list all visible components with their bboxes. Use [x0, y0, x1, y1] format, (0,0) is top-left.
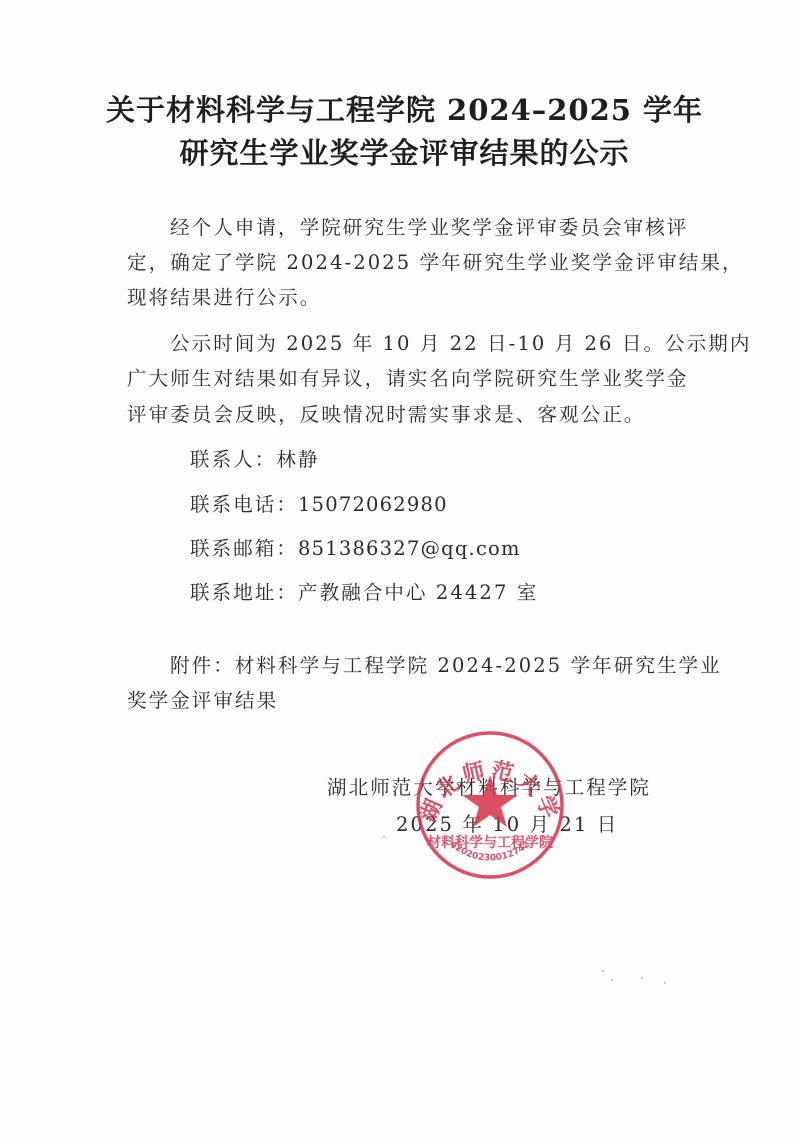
paragraph-line: 评审委员会反映，反映情况时需实事求是、客观公正。: [127, 403, 645, 427]
contact-value: 产教融合中心 24427 室: [298, 581, 538, 604]
scan-speck: [611, 979, 613, 981]
svg-text:42020230012742: 42020230012742: [448, 840, 532, 864]
seal-code: 42020230012742: [448, 840, 532, 864]
attachment-line: 附件：材料科学与工程学院 2024-2025 学年研究生学业: [170, 654, 722, 678]
title-line-1: 关于材料科学与工程学院 2024–2025 学年: [5, 93, 799, 127]
paragraph-line: 广大师生对结果如有异议，请实名向学院研究生学业奖学金: [127, 367, 689, 391]
contact-label: 联系电话：: [190, 493, 298, 516]
contact-email: 联系邮箱：851386327@qq.com: [190, 537, 521, 561]
contact-value: 林静: [276, 448, 319, 471]
paragraph-line: 定，确定了学院 2024-2025 学年研究生学业奖学金评审结果，: [127, 251, 744, 275]
paragraph-line: 经个人申请，学院研究生学业奖学金评审委员会审核评: [170, 216, 688, 240]
contact-phone: 联系电话：15072062980: [190, 493, 448, 517]
contact-value: 851386327@qq.com: [298, 537, 521, 560]
title-line-2: 研究生学业奖学金评审结果的公示: [5, 136, 799, 170]
scan-speck: [383, 836, 385, 838]
scan-speck: [641, 977, 643, 979]
scan-speck: [602, 970, 604, 972]
paragraph-line: 公示时间为 2025 年 10 月 22 日-10 月 26 日。公示期内: [170, 332, 751, 356]
attachment-line: 奖学金评审结果: [127, 689, 278, 713]
signature-date: 2025 年 10 月 21 日: [396, 813, 618, 837]
contact-label: 联系地址：: [190, 581, 298, 604]
scan-speck: [664, 982, 666, 984]
contact-value: 15072062980: [298, 493, 448, 516]
document-page: 关于材料科学与工程学院 2024–2025 学年 研究生学业奖学金评审结果的公示…: [0, 0, 799, 1141]
contact-person: 联系人：林静: [190, 448, 320, 472]
contact-label: 联系邮箱：: [190, 537, 298, 560]
signature-organization: 湖北师范大学材料科学与工程学院: [327, 776, 651, 800]
official-seal-icon: 湖北师范大学 材料科学与工程学院 42020230012742: [414, 729, 566, 881]
contact-address: 联系地址：产教融合中心 24427 室: [190, 581, 538, 605]
paragraph-line: 现将结果进行公示。: [127, 286, 321, 310]
contact-label: 联系人：: [190, 448, 276, 471]
